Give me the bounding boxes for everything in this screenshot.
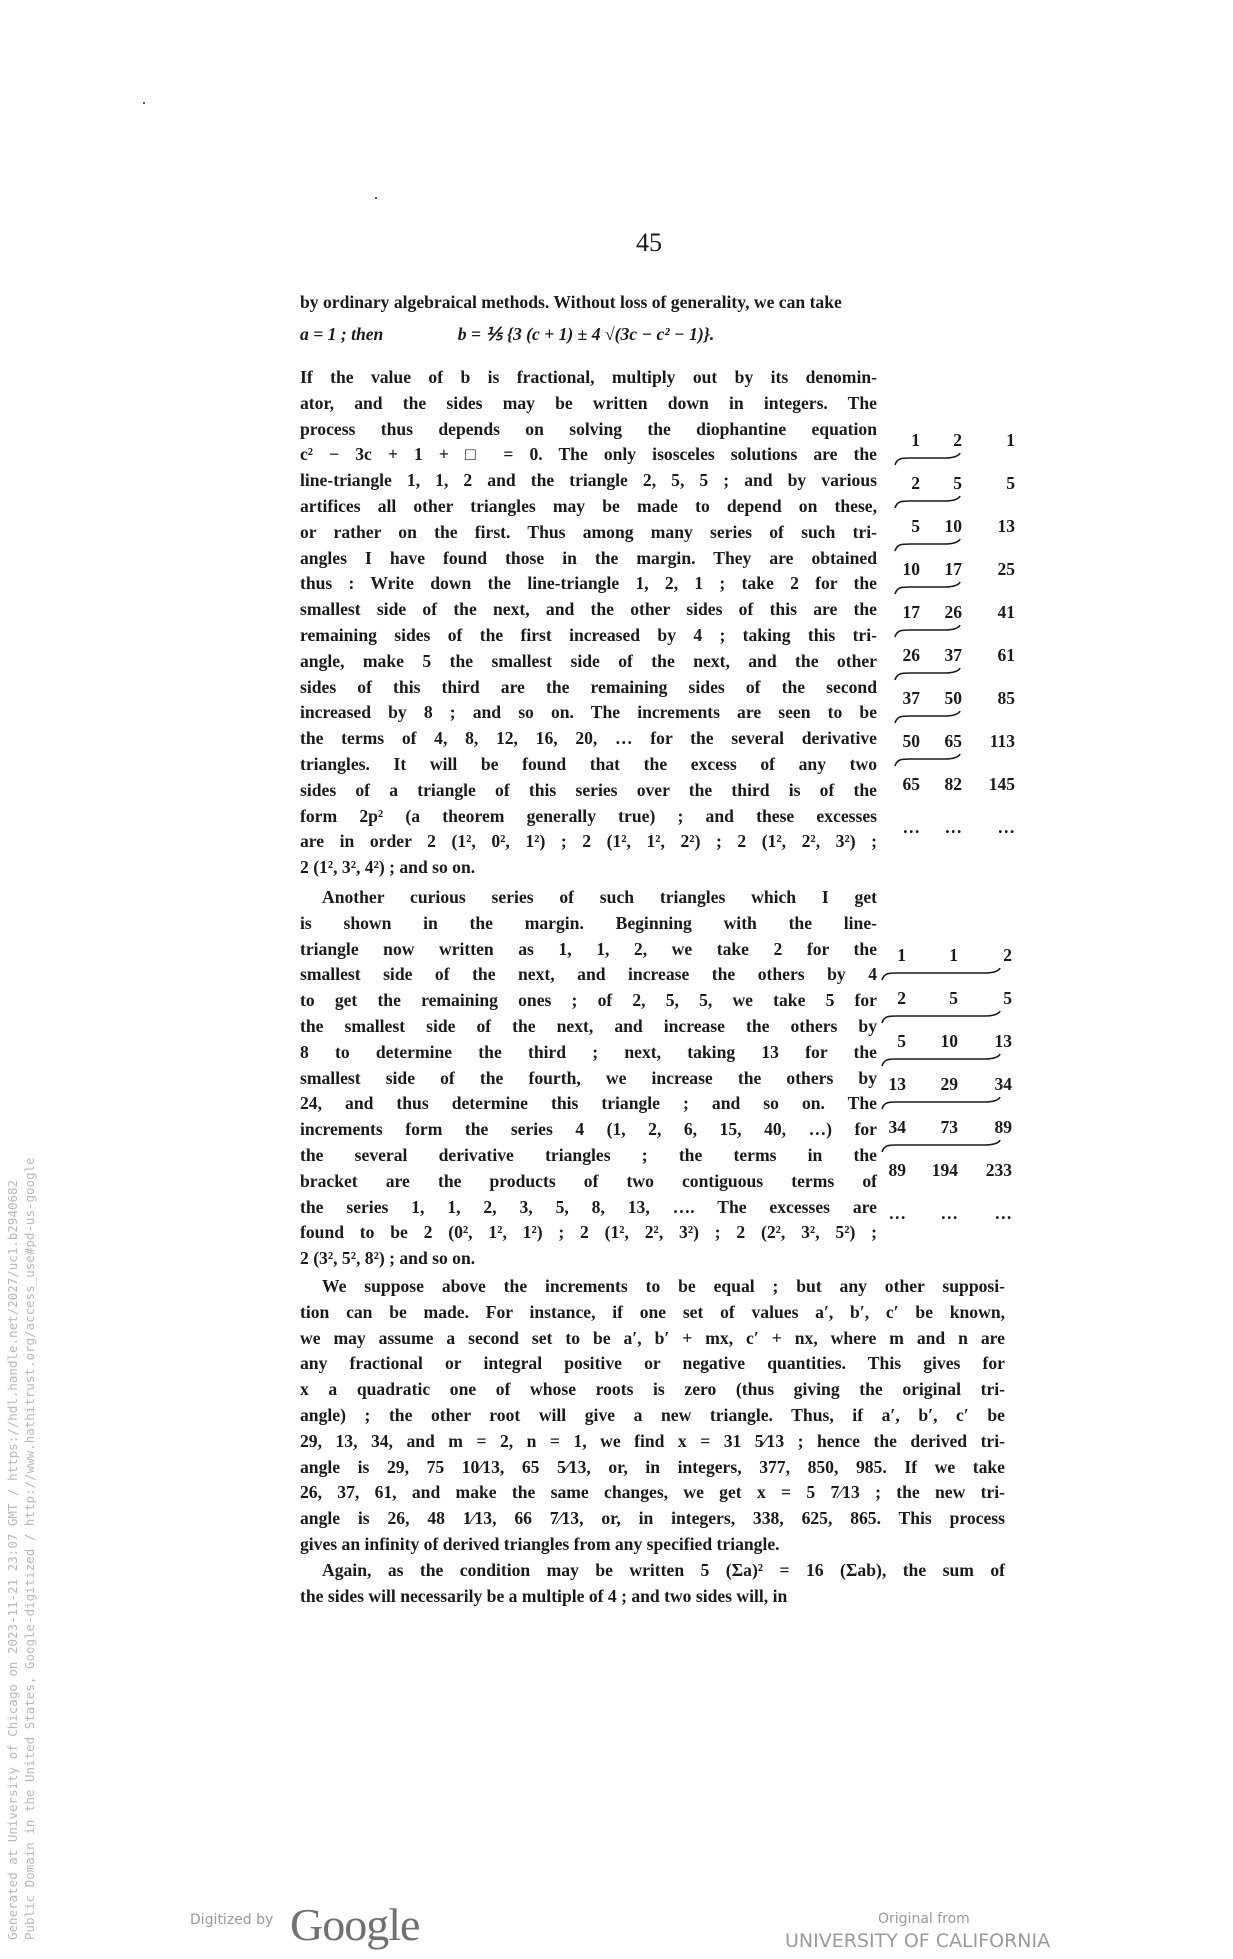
text-line: gives an infinity of derived triangles f… <box>300 1532 1005 1558</box>
google-logo: Google <box>290 1898 419 1951</box>
equation-b: b = ⅕ {3 (c + 1) ± 4 √(3c − c² − 1)}. <box>458 324 714 344</box>
table-cell: 2 <box>912 430 962 451</box>
text-line: or rather on the first. Thus among many … <box>300 520 877 546</box>
text-line: angle is 26, 48 1⁄13, 66 7⁄13, or, in in… <box>300 1506 1005 1532</box>
text-line: bracket are the products of two contiguo… <box>300 1169 877 1195</box>
text-line: artifices all other triangles may be mad… <box>300 494 877 520</box>
table-cell: 5 <box>856 1031 906 1052</box>
watermark-line-1: Generated at University of Chicago on 20… <box>4 1157 21 1940</box>
table-cell: 73 <box>908 1117 958 1138</box>
text-line: angle) ; the other root will give a new … <box>300 1403 1005 1429</box>
text-line: is shown in the margin. Beginning with t… <box>300 911 877 937</box>
connector-brace-icon <box>879 1096 1003 1110</box>
table-cell: 2 <box>856 988 906 1009</box>
text-line: 8 to determine the third ; next, taking … <box>300 1040 877 1066</box>
connector-brace-icon <box>892 538 963 552</box>
table-cell: 10 <box>908 1031 958 1052</box>
table-cell: 85 <box>965 688 1015 709</box>
text-line: found to be 2 (0², 1², 1²) ; 2 (1², 2², … <box>300 1220 877 1246</box>
table-cell: 17 <box>912 559 962 580</box>
watermark-line-2: Public Domain in the United States, Goog… <box>21 1157 38 1940</box>
table-cell: 34 <box>856 1117 906 1138</box>
text-line: 2 (3², 5², 8²) ; and so on. <box>300 1246 877 1272</box>
paragraph-3: We suppose above the increments to be eq… <box>300 1274 1005 1558</box>
connector-brace-icon <box>892 710 963 724</box>
table-cell: … <box>856 1203 906 1224</box>
margin-table-series-2: 1122555101313293434738989194233……… <box>872 945 1012 1235</box>
text-line: If the value of b is fractional, multipl… <box>300 365 877 391</box>
table-cell: 26 <box>912 602 962 623</box>
scan-speck <box>375 197 377 199</box>
text-line: 2 (1², 3², 4²) ; and so on. <box>300 855 877 881</box>
text-line: increased by 8 ; and so on. The incremen… <box>300 700 877 726</box>
text-line: angles I have found those in the margin.… <box>300 546 877 572</box>
table-cell: 5 <box>962 988 1012 1009</box>
text-line: we may assume a second set to be a′, b′ … <box>300 1326 1005 1352</box>
table-cell: 61 <box>965 645 1015 666</box>
text-line: the terms of 4, 8, 12, 16, 20, … for the… <box>300 726 877 752</box>
text-line: Again, as the condition may be written 5… <box>300 1558 1005 1584</box>
table-cell: 37 <box>912 645 962 666</box>
table-cell: … <box>908 1203 958 1224</box>
text-line: x a quadratic one of whose roots is zero… <box>300 1377 1005 1403</box>
connector-brace-icon <box>879 1139 1003 1153</box>
margin-table-series-1: 1212555101310172517264126376137508550651… <box>885 430 1015 850</box>
text-line: c² − 3c + 1 + □ = 0. The only isosceles … <box>300 442 877 468</box>
table-cell: 10 <box>912 516 962 537</box>
connector-brace-icon <box>892 495 963 509</box>
text-line: angle is 29, 75 10⁄13, 65 5⁄13, or, in i… <box>300 1455 1005 1481</box>
text-line: the smallest side of the next, and incre… <box>300 1014 877 1040</box>
text-line: Another curious series of such triangles… <box>300 885 877 911</box>
text-line: form 2p² (a theorem generally true) ; an… <box>300 804 877 830</box>
table-cell: 65 <box>912 731 962 752</box>
table-cell: 194 <box>908 1160 958 1181</box>
text-line: sides of this third are the remaining si… <box>300 675 877 701</box>
text-line: tion can be made. For instance, if one s… <box>300 1300 1005 1326</box>
table-cell: … <box>965 817 1015 838</box>
text-line: remaining sides of the first increased b… <box>300 623 877 649</box>
text-line: smallest side of the next, and increase … <box>300 962 877 988</box>
table-cell: 2 <box>962 945 1012 966</box>
table-cell: 5 <box>912 473 962 494</box>
text-line: the sides will necessarily be a multiple… <box>300 1584 1005 1610</box>
table-cell: 13 <box>856 1074 906 1095</box>
table-cell: 113 <box>965 731 1015 752</box>
text-line: 26, 37, 61, and make the same changes, w… <box>300 1480 1005 1506</box>
text-line: process thus depends on solving the diop… <box>300 417 877 443</box>
intro-block: by ordinary algebraical methods. Without… <box>300 290 1005 348</box>
text-line: the several derivative triangles ; the t… <box>300 1143 877 1169</box>
text-line: by ordinary algebraical methods. Without… <box>300 290 1005 316</box>
text-line: angle, make 5 the smallest side of the n… <box>300 649 877 675</box>
table-cell: 50 <box>912 688 962 709</box>
text-line: We suppose above the increments to be eq… <box>300 1274 1005 1300</box>
table-cell: 5 <box>908 988 958 1009</box>
paragraph-1: If the value of b is fractional, multipl… <box>300 365 877 881</box>
table-cell: … <box>962 1203 1012 1224</box>
equation-line: a = 1 ; then b = ⅕ {3 (c + 1) ± 4 √(3c −… <box>300 322 1005 348</box>
table-cell: … <box>912 817 962 838</box>
text-line: 24, and thus determine this triangle ; a… <box>300 1091 877 1117</box>
table-cell: 41 <box>965 602 1015 623</box>
table-cell: 1 <box>908 945 958 966</box>
table-cell: 13 <box>962 1031 1012 1052</box>
table-cell: 25 <box>965 559 1015 580</box>
text-line: smallest side of the next, and the other… <box>300 597 877 623</box>
connector-brace-icon <box>879 967 1003 981</box>
text-line: line-triangle 1, 1, 2 and the triangle 2… <box>300 468 877 494</box>
text-line: thus : Write down the line-triangle 1, 2… <box>300 571 877 597</box>
table-cell: 34 <box>962 1074 1012 1095</box>
digitized-by-label: Digitized by <box>190 1912 273 1928</box>
hathitrust-watermark: Generated at University of Chicago on 20… <box>4 1157 38 1940</box>
text-line: are in order 2 (1², 0², 1²) ; 2 (1², 1²,… <box>300 829 877 855</box>
table-cell: 89 <box>856 1160 906 1181</box>
connector-brace-icon <box>892 753 963 767</box>
table-cell: 1 <box>856 945 906 966</box>
scan-speck <box>143 102 145 104</box>
connector-brace-icon <box>892 667 963 681</box>
text-line: any fractional or integral positive or n… <box>300 1351 1005 1377</box>
connector-brace-icon <box>879 1010 1003 1024</box>
text-line: 29, 13, 34, and m = 2, n = 1, we find x … <box>300 1429 1005 1455</box>
text-line: the series 1, 1, 2, 3, 5, 8, 13, …. The … <box>300 1195 877 1221</box>
text-line: sides of a triangle of this series over … <box>300 778 877 804</box>
paragraph-2: Another curious series of such triangles… <box>300 885 877 1272</box>
table-cell: 89 <box>962 1117 1012 1138</box>
table-cell: 1 <box>965 430 1015 451</box>
table-cell: 5 <box>965 473 1015 494</box>
connector-brace-icon <box>879 1053 1003 1067</box>
equation-lead: a = 1 ; then <box>300 324 383 344</box>
connector-brace-icon <box>892 452 963 466</box>
text-line: ator, and the sides may be written down … <box>300 391 877 417</box>
table-cell: 29 <box>908 1074 958 1095</box>
text-line: triangles. It will be found that the exc… <box>300 752 877 778</box>
page-number: 45 <box>636 228 662 258</box>
text-line: smallest side of the fourth, we increase… <box>300 1066 877 1092</box>
original-from-label: Original from <box>878 1911 970 1927</box>
text-line: increments form the series 4 (1, 2, 6, 1… <box>300 1117 877 1143</box>
paragraph-4: Again, as the condition may be written 5… <box>300 1558 1005 1610</box>
connector-brace-icon <box>892 624 963 638</box>
connector-brace-icon <box>892 581 963 595</box>
table-cell: 13 <box>965 516 1015 537</box>
table-cell: 145 <box>965 774 1015 795</box>
text-line: triangle now written as 1, 1, 2, we take… <box>300 937 877 963</box>
institution-label: UNIVERSITY OF CALIFORNIA <box>785 1930 1050 1952</box>
table-cell: 233 <box>962 1160 1012 1181</box>
text-line: to get the remaining ones ; of 2, 5, 5, … <box>300 988 877 1014</box>
table-cell: 82 <box>912 774 962 795</box>
